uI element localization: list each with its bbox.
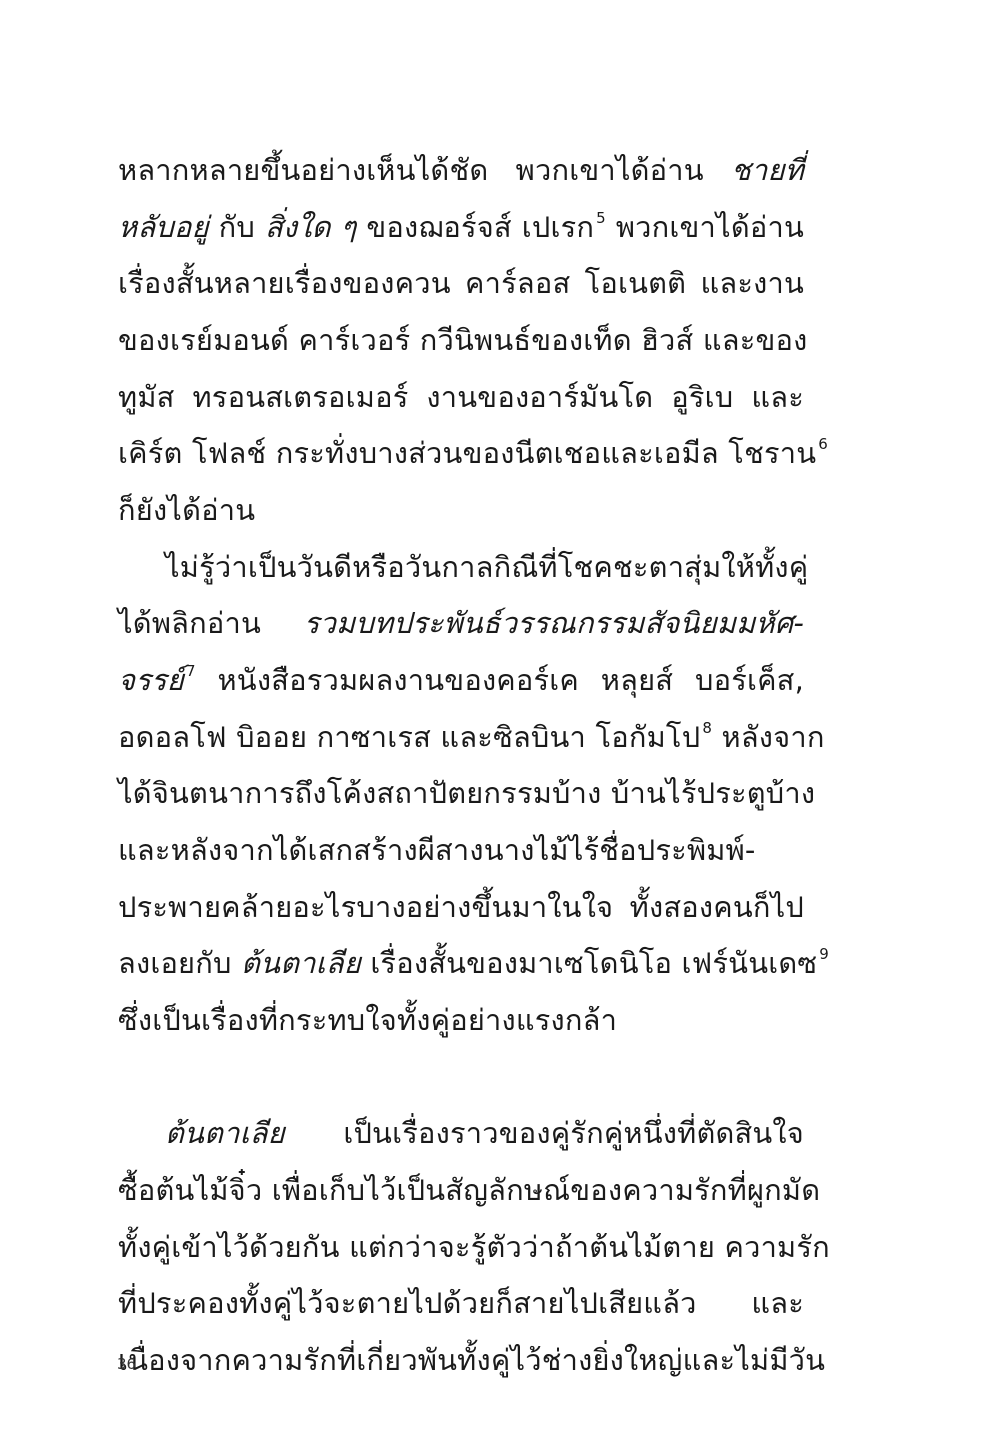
text-span: กับ xyxy=(209,210,265,244)
text-line: ของเรย์มอนด์ คาร์เวอร์ กวีนิพนธ์ของเท็ด … xyxy=(118,312,804,368)
text-line: ที่ประคองทั้งคู่ไว้จะตายไปด้วยก็สายไปเสี… xyxy=(118,1275,804,1331)
text-span: เรื่องสั้นของมาเซโดนิโอ เฟร์นันเดซ xyxy=(361,946,817,980)
text-span: เรื่องสั้นหลายเรื่องของควน คาร์ลอส โอเนต… xyxy=(118,266,804,300)
text-span: ของฌอร์จส์ เปเรก xyxy=(356,210,594,244)
text-span: หลากหลายขึ้นอย่างเห็นได้ชัด พวกเขาได้อ่า… xyxy=(118,153,731,187)
text-span: ลงเอยกับ xyxy=(118,946,241,980)
text-line: เคิร์ต โฟลช์ กระทั่งบางส่วนของนีตเชอและเ… xyxy=(118,425,804,481)
book-title-italic: ต้นตาเลีย xyxy=(165,1116,285,1150)
book-page: หลากหลายขึ้นอย่างเห็นได้ชัด พวกเขาได้อ่า… xyxy=(0,0,1000,1440)
book-title-italic: จรรย์ xyxy=(118,663,184,697)
text-span: ซื้อต้นไม้จิ๋ว เพื่อเก็บไว้เป็นสัญลักษณ์… xyxy=(118,1173,820,1207)
text-line: ได้พลิกอ่าน รวมบทประพันธ์วรรณกรรมสัจนิยม… xyxy=(118,595,804,651)
text-span: อดอลโฟ บิออย กาซาเรส และซิลบินา โอกัมโป xyxy=(118,720,700,754)
text-line: เนื่องจากความรักที่เกี่ยวพันทั้งคู่ไว้ช่… xyxy=(118,1332,804,1388)
text-span: ที่ประคองทั้งคู่ไว้จะตายไปด้วยก็สายไปเสี… xyxy=(118,1286,804,1320)
text-span: ทั้งคู่เข้าไว้ด้วยกัน แต่กว่าจะรู้ตัวว่า… xyxy=(118,1230,830,1264)
text-line: และหลังจากได้เสกสร้างผีสางนางไม้ไร้ชื่อป… xyxy=(118,822,804,878)
text-span: ก็ยังได้อ่าน xyxy=(118,493,255,527)
footnote-marker: 6 xyxy=(818,435,828,453)
text-span: เคิร์ต โฟลช์ กระทั่งบางส่วนของนีตเชอและเ… xyxy=(118,436,816,470)
book-title-italic: สิ่งใด ๆ xyxy=(265,210,356,244)
text-span: ได้จินตนาการถึงโค้งสถาปัตยกรรมบ้าง บ้านไ… xyxy=(118,776,815,810)
book-title-italic: ชายที่ xyxy=(731,153,804,187)
text-span: หลังจาก xyxy=(712,720,825,754)
text-line: ได้จินตนาการถึงโค้งสถาปัตยกรรมบ้าง บ้านไ… xyxy=(118,765,804,821)
book-title-italic: หลับอยู่ xyxy=(118,210,209,244)
book-title-italic: ต้นตาเลีย xyxy=(241,946,361,980)
footnote-marker: 7 xyxy=(186,662,196,680)
page-number: 36 xyxy=(117,1355,136,1373)
text-line: ทั้งคู่เข้าไว้ด้วยกัน แต่กว่าจะรู้ตัวว่า… xyxy=(118,1219,804,1275)
text-line: หลับอยู่ กับ สิ่งใด ๆ ของฌอร์จส์ เปเรก5 … xyxy=(118,199,804,255)
footnote-marker: 5 xyxy=(596,209,606,227)
text-span: ทูมัส ทรอนสเตรอเมอร์ งานของอาร์มันโด อูร… xyxy=(118,380,804,414)
text-line: ก็ยังได้อ่าน xyxy=(118,482,804,538)
footnote-marker: 8 xyxy=(702,719,712,737)
text-span: ประพายคล้ายอะไรบางอย่างขึ้นมาในใจ ทั้งสอ… xyxy=(118,890,804,924)
text-span: เป็นเรื่องราวของคู่รักคู่หนึ่งที่ตัดสินใ… xyxy=(285,1116,804,1150)
text-span: พวกเขาได้อ่าน xyxy=(606,210,804,244)
text-span: ซึ่งเป็นเรื่องที่กระทบใจทั้งคู่อย่างแรงก… xyxy=(118,1003,617,1037)
text-line: หลากหลายขึ้นอย่างเห็นได้ชัด พวกเขาได้อ่า… xyxy=(118,142,804,198)
text-span: หนังสือรวมผลงานของคอร์เค หลุยส์ บอร์เค็ส… xyxy=(196,663,804,697)
footnote-marker: 9 xyxy=(819,945,829,963)
text-line: อดอลโฟ บิออย กาซาเรส และซิลบินา โอกัมโป8… xyxy=(118,709,804,765)
text-line: เรื่องสั้นหลายเรื่องของควน คาร์ลอส โอเนต… xyxy=(118,255,804,311)
text-line: ซึ่งเป็นเรื่องที่กระทบใจทั้งคู่อย่างแรงก… xyxy=(118,992,804,1048)
text-line: ต้นตาเลีย เป็นเรื่องราวของคู่รักคู่หนึ่ง… xyxy=(165,1105,804,1161)
text-line: ประพายคล้ายอะไรบางอย่างขึ้นมาในใจ ทั้งสอ… xyxy=(118,879,804,935)
text-line: ซื้อต้นไม้จิ๋ว เพื่อเก็บไว้เป็นสัญลักษณ์… xyxy=(118,1162,804,1218)
text-span: ไม่รู้ว่าเป็นวันดีหรือวันกาลกิณีที่โชคชะ… xyxy=(165,550,808,584)
text-span: ได้พลิกอ่าน xyxy=(118,606,304,640)
text-line: จรรย์7 หนังสือรวมผลงานของคอร์เค หลุยส์ บ… xyxy=(118,652,804,708)
text-span: ของเรย์มอนด์ คาร์เวอร์ กวีนิพนธ์ของเท็ด … xyxy=(118,323,808,357)
text-line: ไม่รู้ว่าเป็นวันดีหรือวันกาลกิณีที่โชคชะ… xyxy=(165,539,804,595)
text-span: และหลังจากได้เสกสร้างผีสางนางไม้ไร้ชื่อป… xyxy=(118,833,756,867)
text-span: เนื่องจากความรักที่เกี่ยวพันทั้งคู่ไว้ช่… xyxy=(118,1343,825,1377)
book-title-italic: รวมบทประพันธ์วรรณกรรมสัจนิยมมหัศ- xyxy=(304,606,804,640)
text-line: ทูมัส ทรอนสเตรอเมอร์ งานของอาร์มันโด อูร… xyxy=(118,369,804,425)
text-line: ลงเอยกับ ต้นตาเลีย เรื่องสั้นของมาเซโดนิ… xyxy=(118,935,804,991)
